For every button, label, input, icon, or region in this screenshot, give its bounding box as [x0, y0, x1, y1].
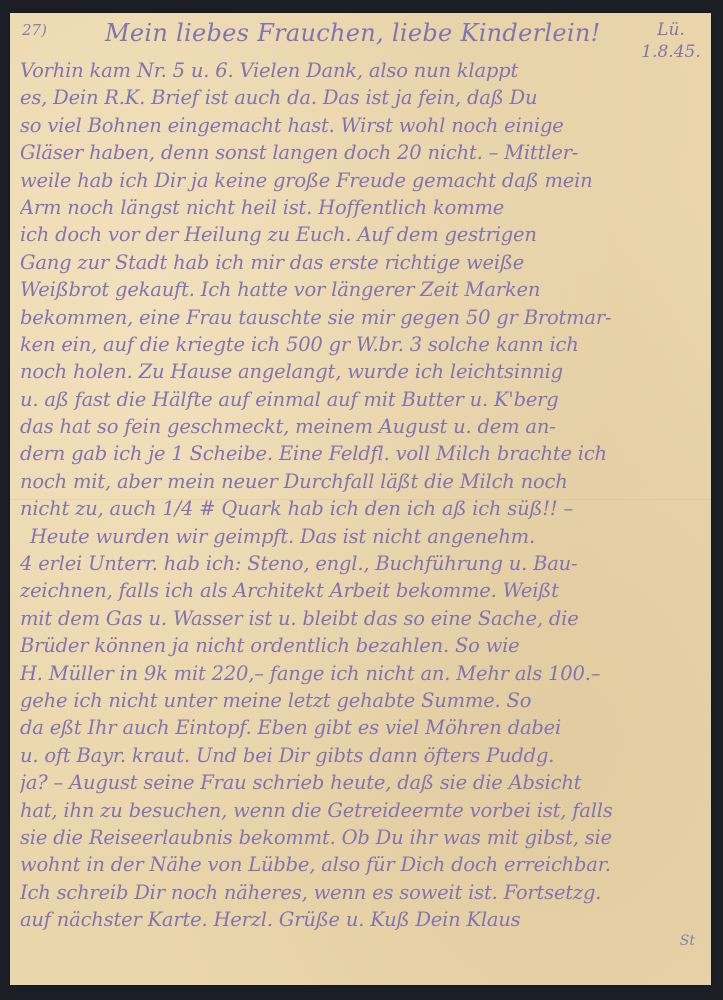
signature-line: auf nächster Karte. Herzl. Grüße u. Kuß … [20, 906, 700, 933]
letter-line: sie die Reiseerlaubnis bekommt. Ob Du ih… [20, 824, 700, 851]
margin-mark: St [680, 933, 695, 949]
letter-line: weile hab ich Dir ja keine große Freude … [20, 167, 700, 194]
letter-line: das hat so fein geschmeckt, meinem Augus… [20, 413, 700, 440]
postcard: 27) Mein liebes Frauchen, liebe Kinderle… [10, 13, 711, 985]
letter-line: da eßt Ihr auch Eintopf. Eben gibt es vi… [20, 714, 700, 741]
letter-line: es, Dein R.K. Brief ist auch da. Das ist… [20, 84, 700, 111]
letter-line: Ich schreib Dir noch näheres, wenn es so… [20, 879, 700, 906]
letter-line: ja? – August seine Frau schrieb heute, d… [20, 769, 700, 796]
letter-line: noch holen. Zu Hause angelangt, wurde ic… [20, 358, 700, 385]
letter-line: 4 erlei Unterr. hab ich: Steno, engl., B… [20, 550, 700, 577]
greeting-line: Mein liebes Frauchen, liebe Kinderlein! [105, 19, 601, 47]
letter-line: so viel Bohnen eingemacht hast. Wirst wo… [20, 112, 700, 139]
letter-body: Vorhin kam Nr. 5 u. 6. Vielen Dank, also… [20, 57, 700, 934]
card-number: 27) [22, 21, 47, 39]
letter-line: gehe ich nicht unter meine letzt gehabte… [20, 687, 700, 714]
letter-line: nicht zu, auch 1/4 # Quark hab ich den i… [20, 495, 700, 522]
letter-line: hat, ihn zu besuchen, wenn die Getreidee… [20, 797, 700, 824]
letter-line: wohnt in der Nähe von Lübbe, also für Di… [20, 851, 700, 878]
letter-line: Brüder können ja nicht ordentlich bezahl… [20, 632, 700, 659]
letter-line: u. aß fast die Hälfte auf einmal auf mit… [20, 386, 700, 413]
letter-line: Gang zur Stadt hab ich mir das erste ric… [20, 249, 700, 276]
letter-line: u. oft Bayr. kraut. Und bei Dir gibts da… [20, 742, 700, 769]
letter-line: Arm noch längst nicht heil ist. Hoffentl… [20, 194, 700, 221]
place: Lü. [641, 19, 701, 41]
letter-line: ken ein, auf die kriegte ich 500 gr W.br… [20, 331, 700, 358]
letter-line: H. Müller in 9k mit 220,– fange ich nich… [20, 660, 700, 687]
letter-line: noch mit, aber mein neuer Durchfall läßt… [20, 468, 700, 495]
letter-line: ich doch vor der Heilung zu Euch. Auf de… [20, 221, 700, 248]
letter-line: Vorhin kam Nr. 5 u. 6. Vielen Dank, also… [20, 57, 700, 84]
letter-line: bekommen, eine Frau tauschte sie mir geg… [20, 304, 700, 331]
letter-line: Heute wurden wir geimpft. Das ist nicht … [20, 523, 700, 550]
letter-line: Gläser haben, denn sonst langen doch 20 … [20, 139, 700, 166]
letter-line: mit dem Gas u. Wasser ist u. bleibt das … [20, 605, 700, 632]
letter-line: zeichnen, falls ich als Architekt Arbeit… [20, 577, 700, 604]
letter-line: Weißbrot gekauft. Ich hatte vor längerer… [20, 276, 700, 303]
letter-line: dern gab ich je 1 Scheibe. Eine Feldfl. … [20, 440, 700, 467]
